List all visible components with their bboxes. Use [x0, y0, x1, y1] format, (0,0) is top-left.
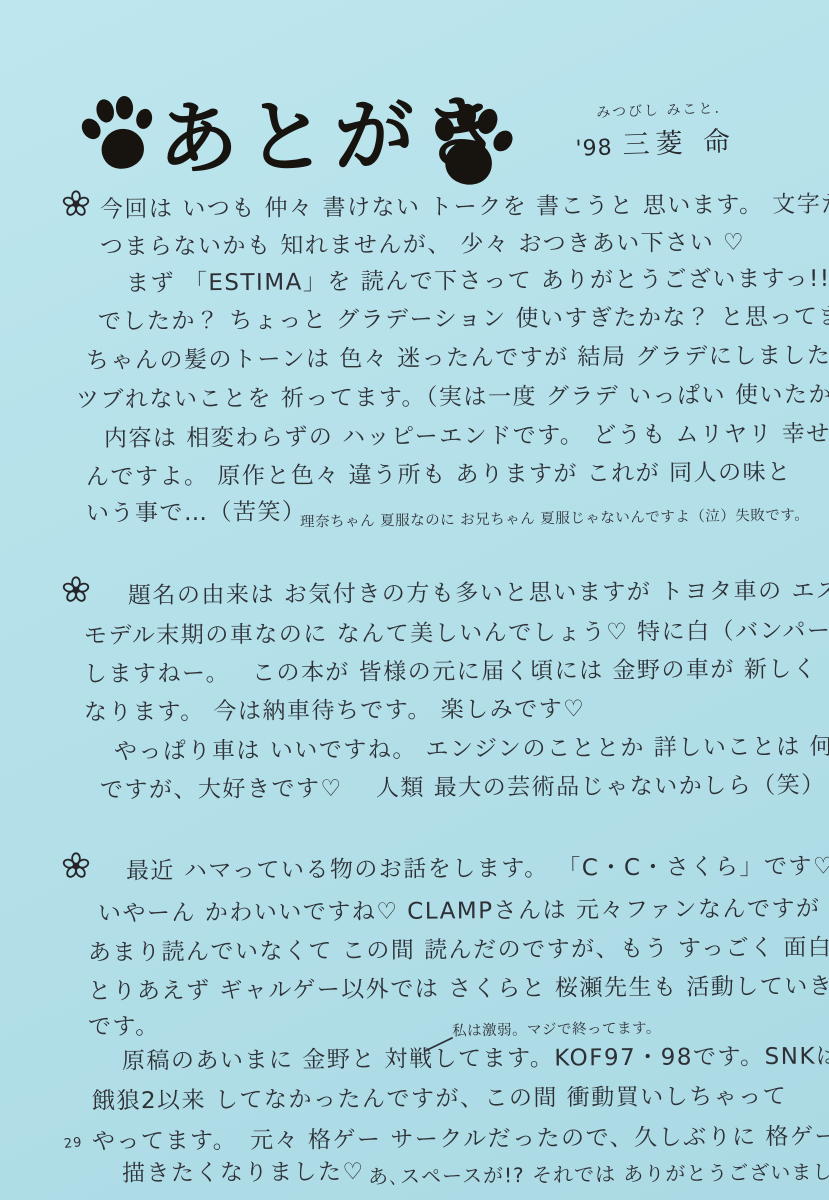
handwritten-line: あまり読んでいなくて この間 読んだのですが、もう すっごく 面白いですね!!: [88, 934, 829, 968]
year-label: '98: [575, 136, 613, 162]
handwritten-line: いう事で…（苦笑）: [86, 499, 307, 528]
margin-note: 私は激弱。マジで終ってます。: [452, 1017, 661, 1041]
paw-print-icon: [422, 94, 520, 197]
flower-bullet-icon: [62, 576, 90, 604]
handwritten-line: でしたか？ ちょっと グラデーション 使いすぎたかな？ と思ってます。 りな: [98, 303, 829, 337]
handwritten-line: ですが、大好きです♡ 人類 最大の芸術品じゃないかしら（笑）: [100, 772, 826, 805]
flower-bullet-icon: [62, 190, 90, 218]
handwritten-line: ちゃんの髪のトーンは 色々 迷ったんですが 結局 グラデにしました。 印刷で: [86, 342, 829, 376]
flower-bullet-icon: [62, 852, 90, 880]
author-name-row: '98三菱 命: [575, 119, 737, 164]
handwritten-line: 最近 ハマっている物のお話をします。 「C・C・さくら」です♡: [126, 854, 829, 887]
page-number: 29: [63, 1135, 83, 1152]
handwritten-line: やっぱり車は いいですね。 エンジンのこととか 詳しいことは 何も知らない: [114, 733, 829, 766]
closing-note: あ､スペースが!? それでは ありがとうございました ♡: [368, 1155, 829, 1189]
handwritten-line: 原稿のあいまに 金野と 対戦してます。KOF97・98です。SNKは: [122, 1043, 829, 1076]
handwritten-line: 題名の由来は お気付きの方も多いと思いますが トヨタ車の エスティマです。: [128, 577, 829, 611]
author-furigana: みつびし みこと.: [596, 97, 735, 122]
scanned-afterword-page: あとがき みつびし みこと. '98三菱 命 今回は いつも 仲々: [0, 0, 829, 1200]
handwritten-line: 描きたくなりました♡: [122, 1159, 365, 1188]
handwritten-line: とりあえず ギャルゲー以外では さくらと 桜瀬先生も 活動していきたい: [88, 973, 829, 1006]
author-signature: みつびし みこと. '98三菱 命: [574, 97, 737, 164]
paw-print-icon: [71, 84, 167, 184]
handwritten-line: 餓狼2以来 してなかったんですが、この間 衝動買いしちゃって: [92, 1084, 787, 1116]
author-name: 三菱 命: [622, 126, 737, 161]
handwritten-line: やってます。 元々 格ゲー サークルだったので、久しぶりに 格ゲーキャラも: [92, 1123, 829, 1156]
handwritten-line: つまらないかも 知れませんが、 少々 おつきあい下さい ♡: [100, 230, 745, 262]
handwritten-line: モデル末期の車なのに なんて美しいんでしょう♡ 特に白（バンパーも）はうっとり: [84, 617, 829, 651]
handwritten-line: 今回は いつも 仲々 書けない トークを 書こうと 思います。 文字だけで: [100, 191, 829, 224]
handwritten-line: いやーん かわいいですね♡ CLAMPさんは 元々ファンなんですが 聖伝以来: [98, 895, 829, 928]
handwritten-line: まず 「ESTIMA」を 読んで下さって ありがとうございますっ!! いかが: [126, 265, 829, 298]
handwritten-line: です。: [88, 1014, 160, 1042]
handwritten-line: なります。 今は納車待ちです。 楽しみです♡: [84, 696, 586, 727]
margin-note: 理奈ちゃん 夏服なのに お兄ちゃん 夏服じゃないんですよ（泣）失敗です。: [300, 503, 809, 531]
handwritten-line: ツブれないことを 祈ってます。（実は一度 グラデ いっぱい 使いたかったんです。…: [76, 381, 829, 415]
handwritten-line: 内容は 相変わらずの ハッピーエンドです。 どうも ムリヤリ 幸せにしたくなる: [104, 420, 829, 454]
handwritten-line: しますねー。 この本が 皆様の元に届く頃には 金野の車が 新しく: [84, 656, 818, 689]
handwritten-line: んですよ。 原作と色々 違う所も ありますが これが 同人の味と: [86, 460, 792, 493]
